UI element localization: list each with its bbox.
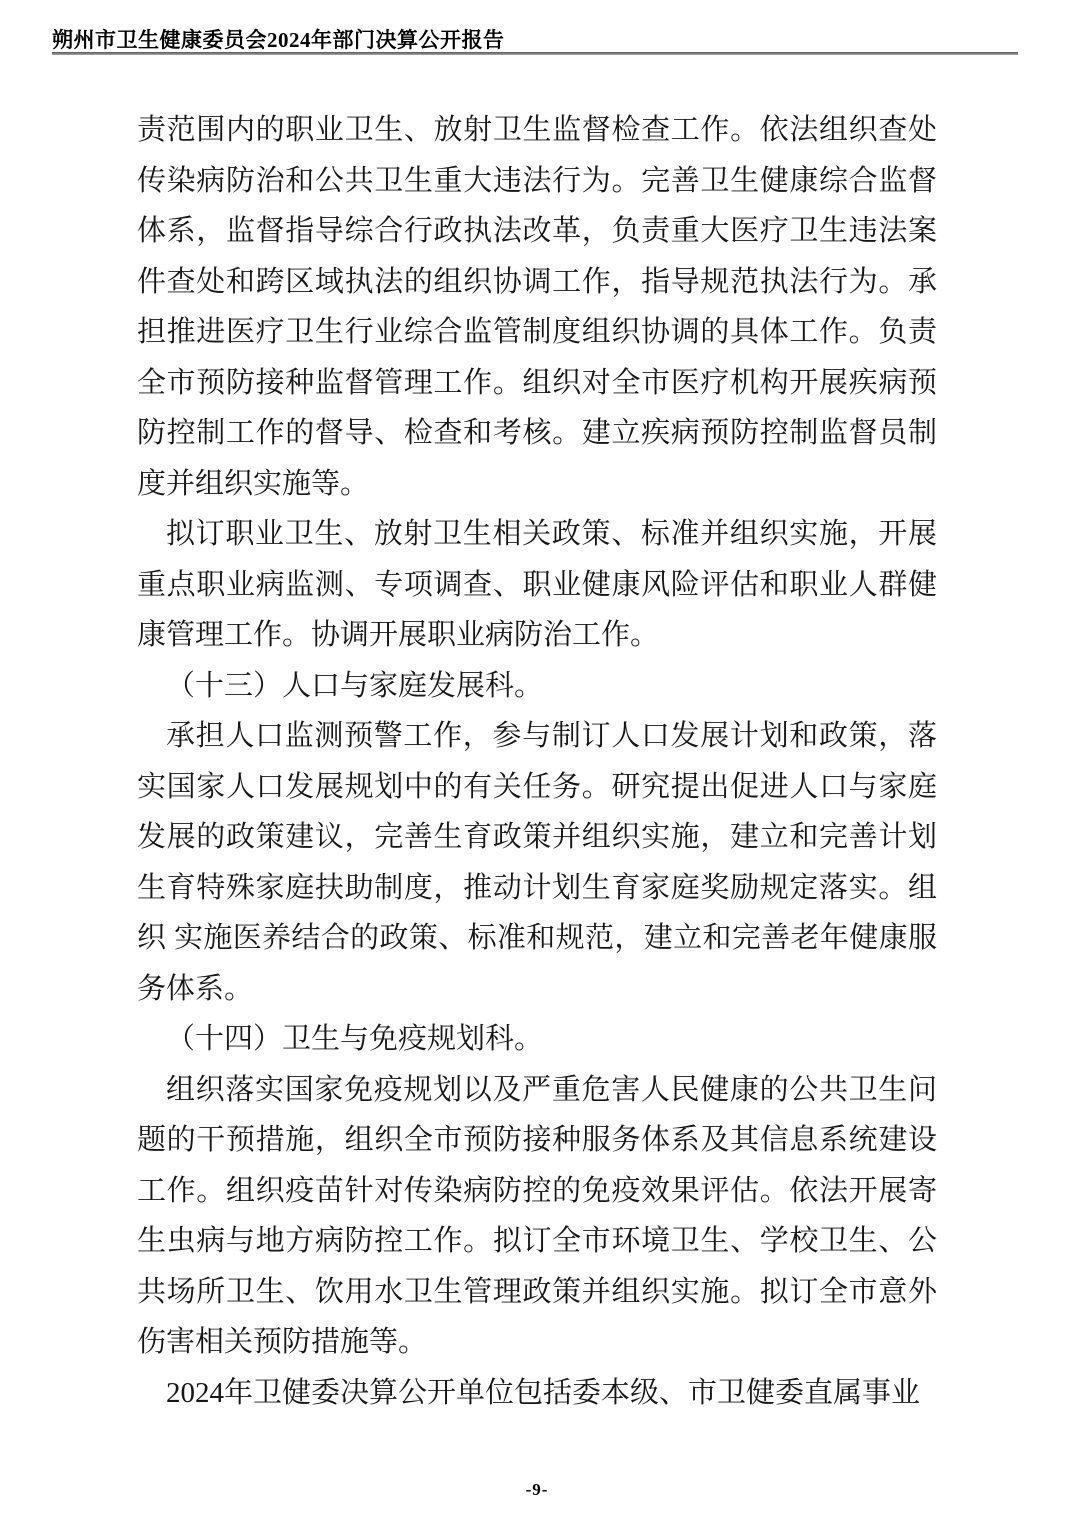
body-paragraph: 责范围内的职业卫生、放射卫生监督检查工作。依法组织查处传染病防治和公共卫生重大违… [137, 105, 937, 509]
document-page: 朔州市卫生健康委员会2024年部门决算公开报告 责范围内的职业卫生、放射卫生监督… [0, 0, 1074, 1520]
body-paragraph: 组织落实国家免疫规划以及严重危害人民健康的公共卫生问题的干预措施，组织全市预防接… [137, 1065, 937, 1368]
body-paragraph: 承担人口监测预警工作，参与制订人口发展计划和政策，落实国家人口发展规划中的有关任… [137, 711, 937, 1014]
page-footer: -9- [0, 1480, 1074, 1500]
body-paragraph: 2024年卫健委决算公开单位包括委本级、市卫健委直属事业 [137, 1368, 937, 1419]
body-paragraph: 拟订职业卫生、放射卫生相关政策、标准并组织实施，开展重点职业病监测、专项调查、职… [137, 509, 937, 661]
page-number: -9- [526, 1480, 549, 1499]
document-body: 责范围内的职业卫生、放射卫生监督检查工作。依法组织查处传染病防治和公共卫生重大违… [137, 0, 937, 1418]
body-paragraph: （十三）人口与家庭发展科。 [137, 661, 937, 712]
body-paragraph: （十四）卫生与免疫规划科。 [137, 1014, 937, 1065]
